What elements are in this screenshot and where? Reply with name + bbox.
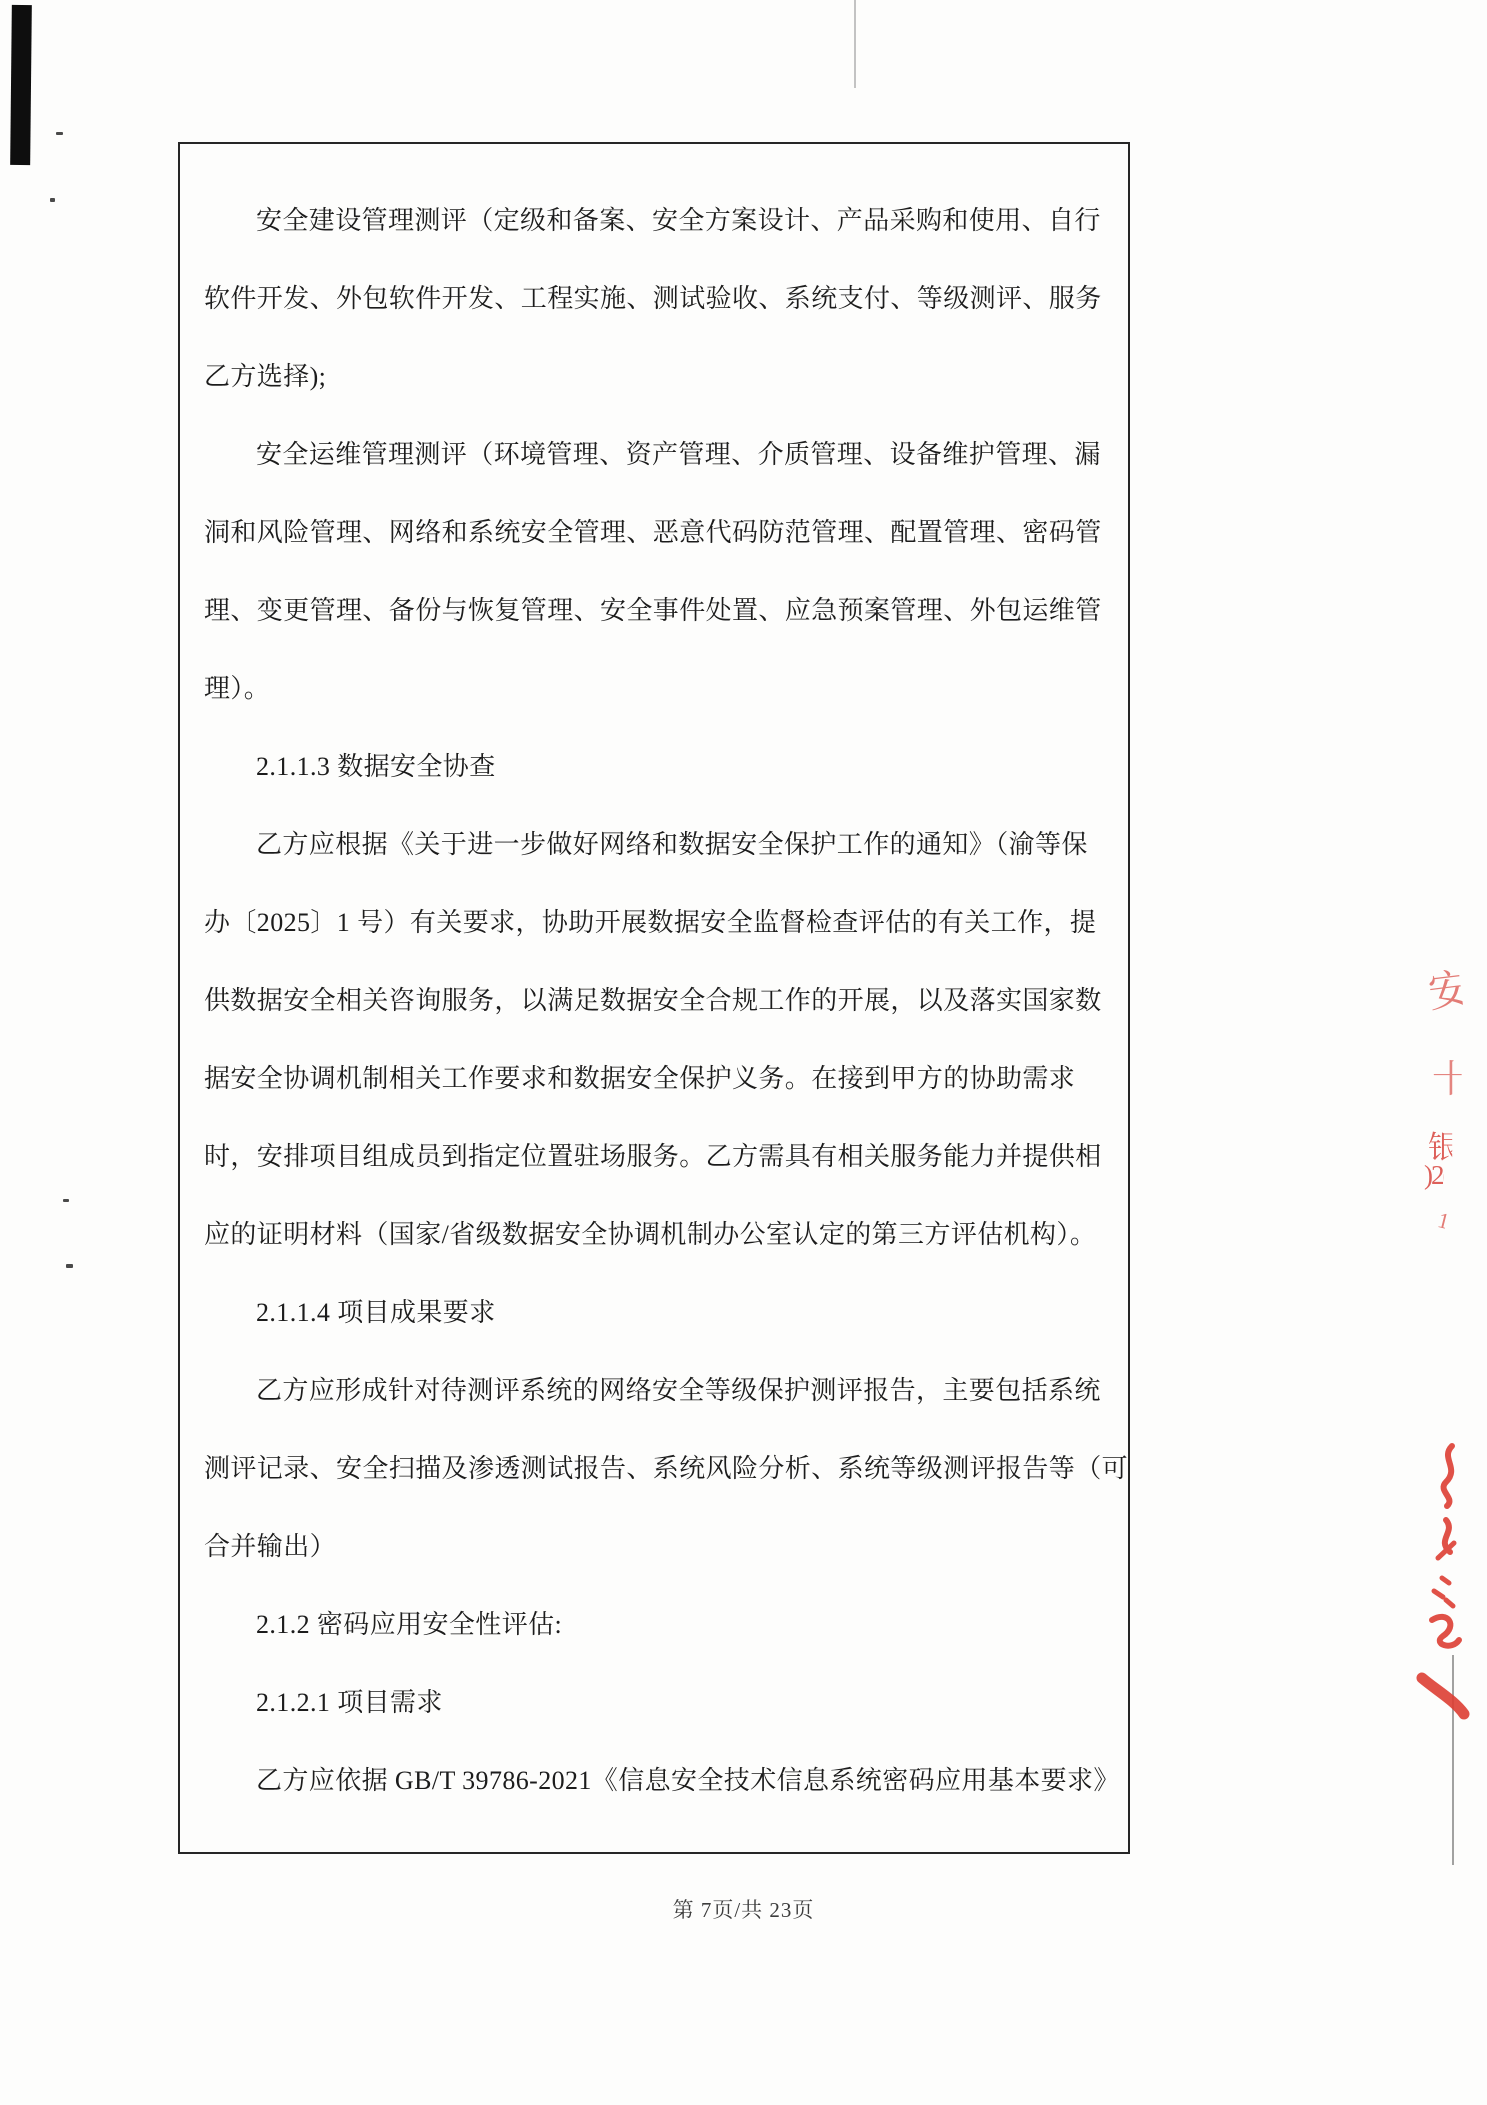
doc-heading-2-1-1-3: 2.1.1.3 数据安全协查 [204, 728, 1104, 806]
doc-line: 安全建设管理测评（定级和备案、安全方案设计、产品采购和使用、自行 [204, 182, 1104, 260]
doc-line: 洞和风险管理、网络和系统安全管理、恶意代码防范管理、配置管理、密码管 [204, 494, 1104, 572]
doc-heading-2-1-2-1: 2.1.2.1 项目需求 [204, 1664, 1104, 1742]
doc-line: 应的证明材料（国家/省级数据安全协调机制办公室认定的第三方评估机构）。 [204, 1196, 1104, 1274]
doc-line: 据安全协调机制相关工作要求和数据安全保护义务。在接到甲方的协助需求 [204, 1040, 1104, 1118]
scan-corner-mark [10, 5, 32, 165]
red-stamp-fragment: 十 [1432, 1048, 1470, 1103]
scan-speck [50, 198, 55, 202]
page-number: 第 7页/共 23页 [0, 1895, 1487, 1925]
doc-line: 乙方选择); [204, 338, 1104, 416]
doc-line: 理、变更管理、备份与恢复管理、安全事件处置、应急预案管理、外包运维管 [204, 572, 1104, 650]
red-stamp-fragment: 1 [1435, 1207, 1452, 1235]
scan-speck [63, 1199, 69, 1202]
doc-heading-2-1-1-4: 2.1.1.4 项目成果要求 [204, 1274, 1104, 1352]
doc-line: 供数据安全相关咨询服务，以满足数据安全合规工作的开展，以及落实国家数 [204, 962, 1104, 1040]
doc-heading-2-1-2: 2.1.2 密码应用安全性评估: [204, 1586, 1104, 1664]
doc-line: 时，安排项目组成员到指定位置驻场服务。乙方需具有相关服务能力并提供相 [204, 1118, 1104, 1196]
scan-speck [56, 132, 63, 135]
doc-line: 乙方应依据 GB/T 39786-2021《信息安全技术信息系统密码应用基本要求… [204, 1742, 1104, 1820]
doc-line: 办〔2025〕1 号）有关要求，协助开展数据安全监督检查评估的有关工作，提 [204, 884, 1104, 962]
scan-speck [66, 1264, 73, 1268]
doc-line: 理）。 [204, 650, 1104, 728]
doc-line: 合并输出） [204, 1508, 1104, 1586]
document-text-cell: 安全建设管理测评（定级和备案、安全方案设计、产品采购和使用、自行 软件开发、外包… [178, 142, 1130, 1854]
doc-line: 安全运维管理测评（环境管理、资产管理、介质管理、设备维护管理、漏 [204, 416, 1104, 494]
doc-line: 乙方应形成针对待测评系统的网络安全等级保护测评报告，主要包括系统 [204, 1352, 1104, 1430]
doc-line: 测评记录、安全扫描及渗透测试报告、系统风险分析、系统等级测评报告等（可 [204, 1430, 1104, 1508]
red-stamp-fragment: 安 [1425, 956, 1474, 1021]
scan-fold-line [854, 0, 856, 88]
doc-line: 乙方应根据《关于进一步做好网络和数据安全保护工作的通知》（渝等保 [204, 806, 1104, 884]
red-handwriting-stamp [1412, 1438, 1472, 1723]
doc-line: 软件开发、外包软件开发、工程实施、测试验收、系统支付、等级测评、服务 [204, 260, 1104, 338]
